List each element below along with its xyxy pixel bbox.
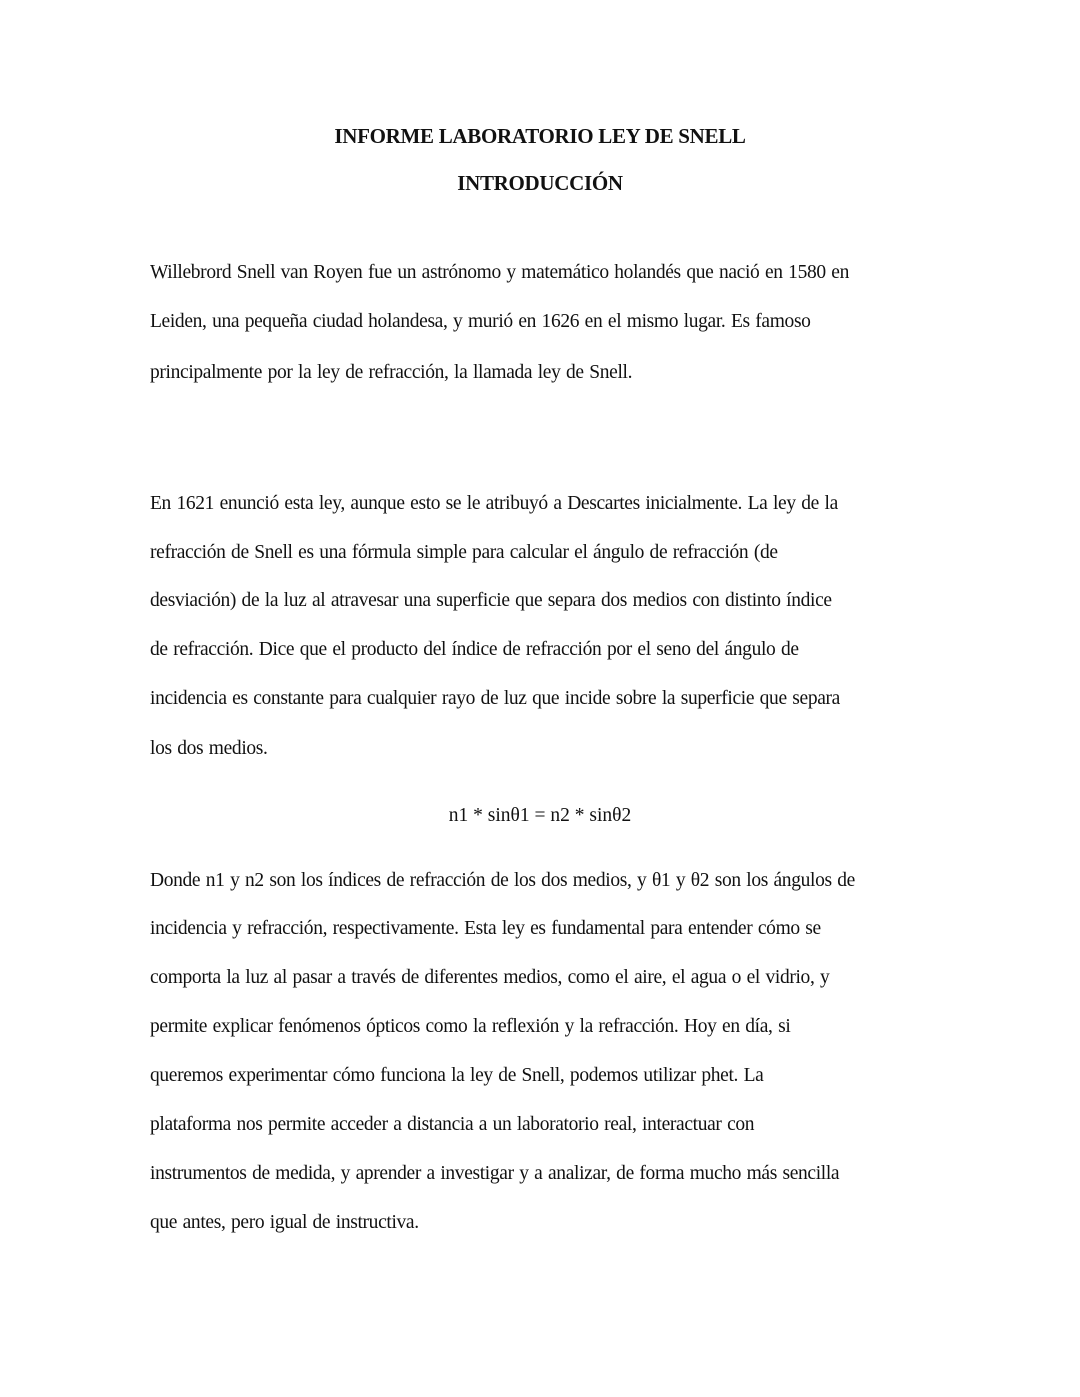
section-heading: INTRODUCCIÓN bbox=[0, 171, 1080, 196]
text-line: desviación) de la luz al atravesar una s… bbox=[150, 589, 832, 613]
text-line: incidencia y refracción, respectivamente… bbox=[150, 917, 821, 941]
text-line: los dos medios. bbox=[150, 737, 268, 761]
text-line: refracción de Snell es una fórmula simpl… bbox=[150, 541, 778, 565]
text-line: Leiden, una pequeña ciudad holandesa, y … bbox=[150, 310, 811, 334]
text-line: queremos experimentar cómo funciona la l… bbox=[150, 1064, 763, 1088]
document-title: INFORME LABORATORIO LEY DE SNELL bbox=[0, 124, 1080, 149]
text-line: instrumentos de medida, y aprender a inv… bbox=[150, 1162, 839, 1186]
text-line: En 1621 enunció esta ley, aunque esto se… bbox=[150, 492, 838, 516]
text-line: incidencia es constante para cualquier r… bbox=[150, 687, 840, 711]
snell-formula: n1 * sinθ1 = n2 * sinθ2 bbox=[0, 804, 1080, 828]
document-page: INFORME LABORATORIO LEY DE SNELL INTRODU… bbox=[0, 0, 1080, 1397]
text-line: permite explicar fenómenos ópticos como … bbox=[150, 1015, 790, 1039]
text-line: de refracción. Dice que el producto del … bbox=[150, 638, 799, 662]
text-line: Willebrord Snell van Royen fue un astrón… bbox=[150, 261, 849, 285]
text-line: plataforma nos permite acceder a distanc… bbox=[150, 1113, 754, 1137]
text-line: que antes, pero igual de instructiva. bbox=[150, 1211, 419, 1235]
text-line: comporta la luz al pasar a través de dif… bbox=[150, 966, 829, 990]
text-line: Donde n1 y n2 son los índices de refracc… bbox=[150, 869, 855, 893]
text-line: principalmente por la ley de refracción,… bbox=[150, 361, 632, 385]
